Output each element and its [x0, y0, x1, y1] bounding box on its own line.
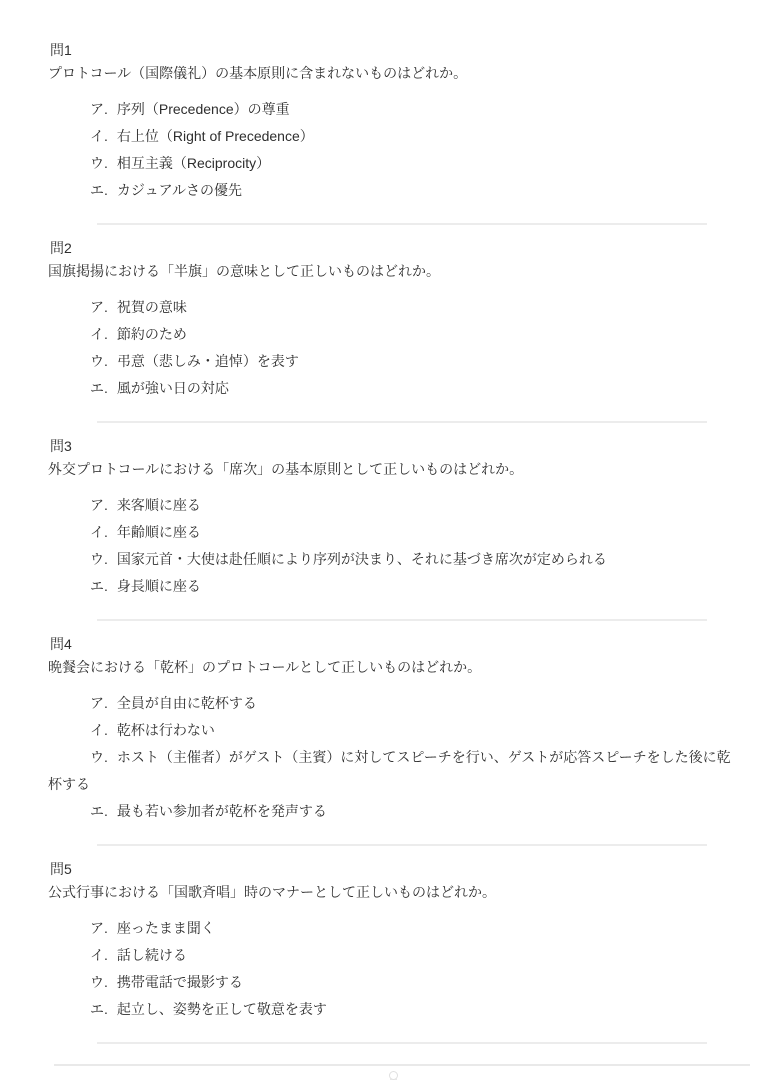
section-divider	[97, 223, 707, 225]
option-text: 節約のため	[117, 326, 187, 342]
option-label: ウ.	[90, 155, 108, 171]
section-divider	[97, 844, 707, 846]
option-u: ウ.ホスト（主催者）がゲスト（主賓）に対してスピーチを行い、ゲストが応答スピーチ…	[48, 744, 738, 798]
option-text: 来客順に座る	[117, 497, 201, 513]
option-text: 座ったまま聞く	[117, 920, 215, 936]
option-e: エ.カジュアルさの優先	[48, 177, 738, 204]
option-e: エ.身長順に座る	[48, 573, 738, 600]
question-block-4: 問4 晩餐会における「乾杯」のプロトコールとして正しいものはどれか。 ア.全員が…	[48, 634, 738, 825]
option-text: カジュアルさの優先	[117, 182, 242, 198]
option-u: ウ.携帯電話で撮影する	[48, 969, 738, 996]
question-block-5: 問5 公式行事における「国歌斉唱」時のマナーとして正しいものはどれか。 ア.座っ…	[48, 859, 738, 1023]
option-label: エ.	[90, 380, 108, 396]
page-footer-mark	[389, 1071, 398, 1080]
options-list: ア.序列（Precedence）の尊重 イ.右上位（Right of Prece…	[48, 96, 738, 204]
option-a: ア.座ったまま聞く	[48, 915, 738, 942]
section-divider	[97, 421, 707, 423]
option-text: 全員が自由に乾杯する	[117, 695, 257, 711]
option-u: ウ.国家元首・大使は赴任順により序列が決まり、それに基づき席次が定められる	[48, 546, 738, 573]
option-label: ウ.	[90, 551, 108, 567]
option-label: ア.	[90, 695, 108, 711]
option-u: ウ.弔意（悲しみ・追悼）を表す	[48, 348, 738, 375]
section-divider	[97, 619, 707, 621]
options-list: ア.全員が自由に乾杯する イ.乾杯は行わない ウ.ホスト（主催者）がゲスト（主賓…	[48, 690, 738, 825]
question-number: 問5	[50, 859, 738, 879]
option-i: イ.年齢順に座る	[48, 519, 738, 546]
page-bottom-rule	[54, 1064, 750, 1066]
option-a: ア.全員が自由に乾杯する	[48, 690, 738, 717]
option-label: イ.	[90, 947, 108, 963]
option-label: イ.	[90, 722, 108, 738]
question-number: 問4	[50, 634, 738, 654]
option-label: ウ.	[90, 353, 108, 369]
option-i: イ.節約のため	[48, 321, 738, 348]
section-divider	[97, 1042, 707, 1044]
options-list: ア.来客順に座る イ.年齢順に座る ウ.国家元首・大使は赴任順により序列が決まり…	[48, 492, 738, 600]
question-text: 外交プロトコールにおける「席次」の基本原則として正しいものはどれか。	[48, 459, 738, 479]
option-u: ウ.相互主義（Reciprocity）	[48, 150, 738, 177]
question-block-2: 問2 国旗掲揚における「半旗」の意味として正しいものはどれか。 ア.祝賀の意味 …	[48, 238, 738, 402]
option-text: 序列（Precedence）の尊重	[117, 101, 290, 117]
option-label: ア.	[90, 497, 108, 513]
question-block-1: 問1 プロトコール（国際儀礼）の基本原則に含まれないものはどれか。 ア.序列（P…	[48, 40, 738, 204]
option-e: エ.最も若い参加者が乾杯を発声する	[48, 798, 738, 825]
option-label: エ.	[90, 803, 108, 819]
option-a: ア.祝賀の意味	[48, 294, 738, 321]
option-label: イ.	[90, 128, 108, 144]
option-text: 弔意（悲しみ・追悼）を表す	[117, 353, 299, 369]
option-text: 国家元首・大使は赴任順により序列が決まり、それに基づき席次が定められる	[117, 551, 607, 567]
option-a: ア.来客順に座る	[48, 492, 738, 519]
options-list: ア.座ったまま聞く イ.話し続ける ウ.携帯電話で撮影する エ.起立し、姿勢を正…	[48, 915, 738, 1023]
option-label: イ.	[90, 524, 108, 540]
option-text: 身長順に座る	[117, 578, 201, 594]
option-e: エ.起立し、姿勢を正して敬意を表す	[48, 996, 738, 1023]
option-i: イ.右上位（Right of Precedence）	[48, 123, 738, 150]
options-list: ア.祝賀の意味 イ.節約のため ウ.弔意（悲しみ・追悼）を表す エ.風が強い日の…	[48, 294, 738, 402]
option-text: 最も若い参加者が乾杯を発声する	[117, 803, 327, 819]
option-label: ア.	[90, 920, 108, 936]
option-label: ア.	[90, 299, 108, 315]
option-text: 携帯電話で撮影する	[117, 974, 243, 990]
question-text: 公式行事における「国歌斉唱」時のマナーとして正しいものはどれか。	[48, 882, 738, 902]
option-label: エ.	[90, 182, 108, 198]
option-label: ウ.	[90, 974, 108, 990]
option-text: 起立し、姿勢を正して敬意を表す	[117, 1001, 327, 1017]
option-text: 祝賀の意味	[117, 299, 187, 315]
option-label: ア.	[90, 101, 108, 117]
option-a: ア.序列（Precedence）の尊重	[48, 96, 738, 123]
option-text: 相互主義（Reciprocity）	[117, 155, 270, 171]
option-label: イ.	[90, 326, 108, 342]
option-text: 年齢順に座る	[117, 524, 201, 540]
question-number: 問3	[50, 436, 738, 456]
option-text: 乾杯は行わない	[117, 722, 215, 738]
option-e: エ.風が強い日の対応	[48, 375, 738, 402]
option-text: 話し続ける	[117, 947, 187, 963]
question-text: 国旗掲揚における「半旗」の意味として正しいものはどれか。	[48, 261, 738, 281]
option-label: エ.	[90, 578, 108, 594]
option-text: ホスト（主催者）がゲスト（主賓）に対してスピーチを行い、ゲストが応答スピーチをし…	[48, 749, 731, 792]
option-text: 風が強い日の対応	[117, 380, 229, 396]
question-number: 問2	[50, 238, 738, 258]
option-i: イ.話し続ける	[48, 942, 738, 969]
quiz-document-page: { "page": { "background": "#ffffff", "te…	[0, 0, 774, 1080]
question-number: 問1	[50, 40, 738, 60]
option-i: イ.乾杯は行わない	[48, 717, 738, 744]
option-label: ウ.	[90, 749, 108, 765]
option-label: エ.	[90, 1001, 108, 1017]
question-block-3: 問3 外交プロトコールにおける「席次」の基本原則として正しいものはどれか。 ア.…	[48, 436, 738, 600]
option-text: 右上位（Right of Precedence）	[117, 128, 314, 144]
question-text: プロトコール（国際儀礼）の基本原則に含まれないものはどれか。	[48, 63, 738, 83]
question-text: 晩餐会における「乾杯」のプロトコールとして正しいものはどれか。	[48, 657, 738, 677]
